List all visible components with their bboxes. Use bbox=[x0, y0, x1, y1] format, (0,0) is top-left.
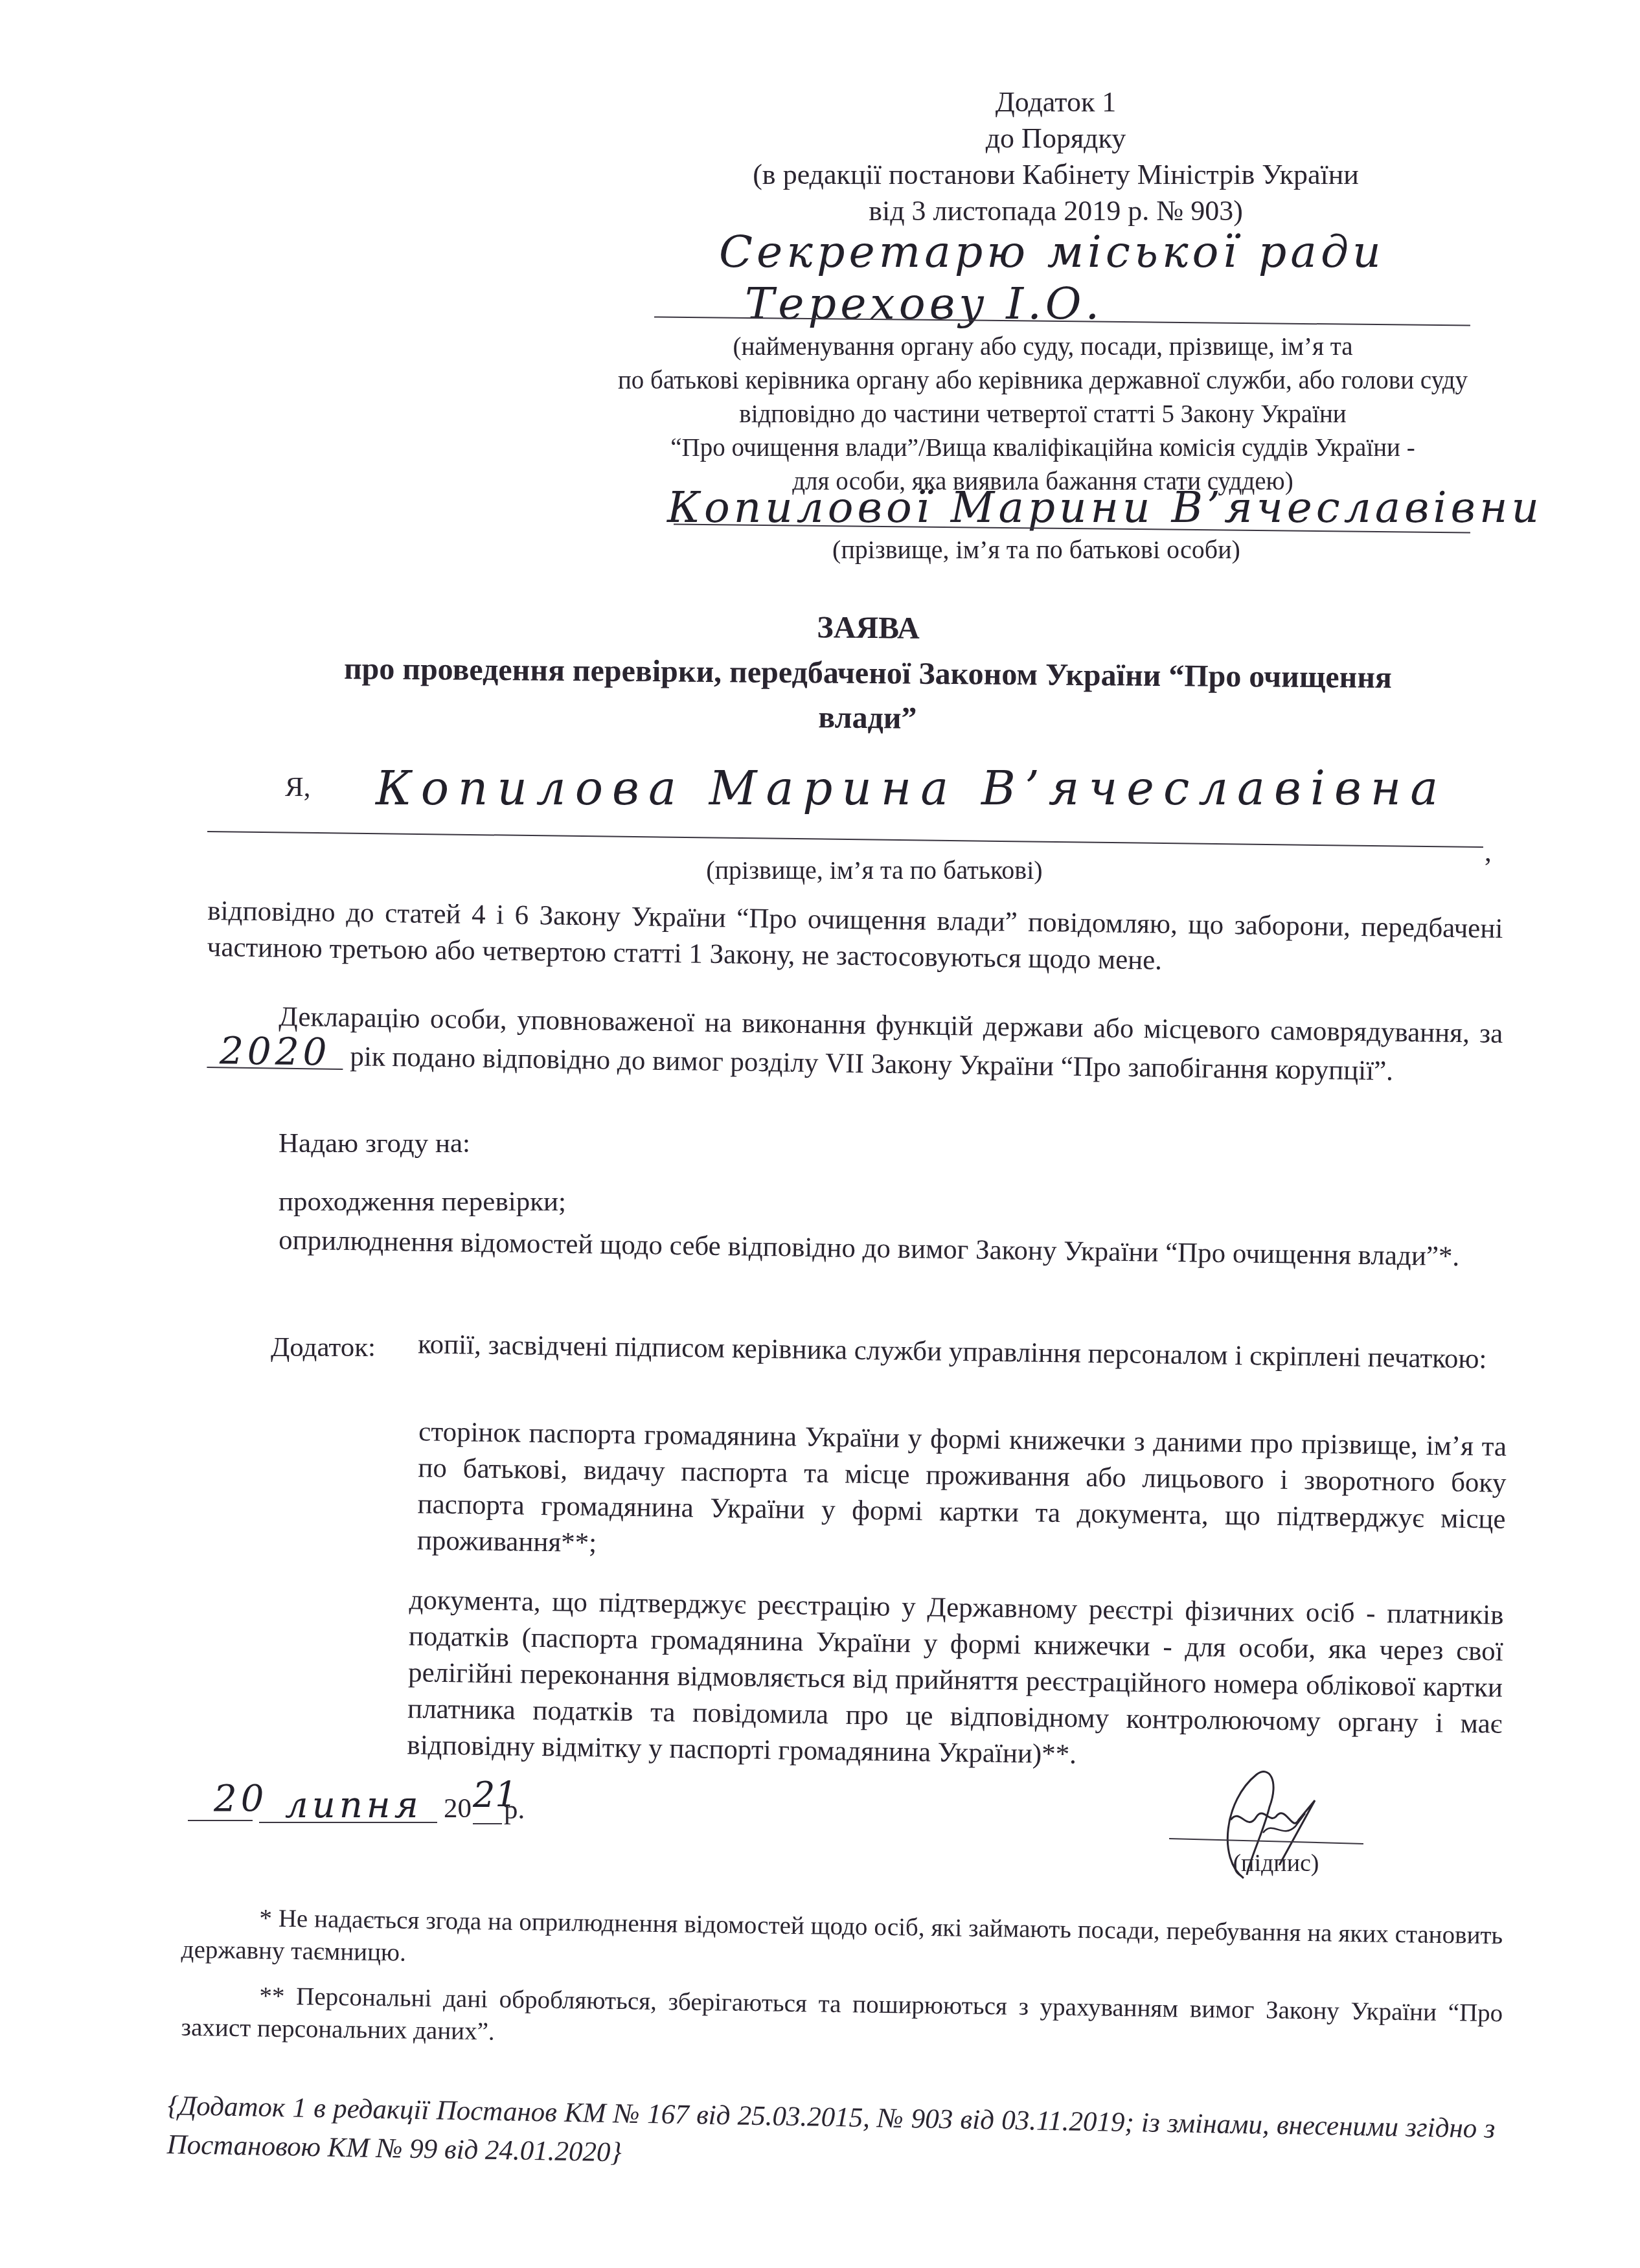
declarant-prefix: Я, bbox=[285, 771, 310, 804]
attachments-label: Додаток: bbox=[271, 1331, 376, 1365]
date-year-unit: р. bbox=[504, 1793, 525, 1827]
consent-item-1: проходження перевірки; bbox=[279, 1185, 566, 1219]
sender-caption: (прізвище, ім’я та по батькові особи) bbox=[745, 534, 1328, 565]
date-year-prefix: 20 bbox=[444, 1792, 472, 1826]
appendix-header: Додаток 1 до Порядку (в редакції постано… bbox=[700, 84, 1412, 229]
document-page: Додаток 1 до Порядку (в редакції постано… bbox=[0, 0, 1640, 2268]
date-line: 20 липня 20 21 р. bbox=[188, 1778, 589, 1830]
declarant-handwritten-name: Копилова Марина В’ячеславівна bbox=[376, 761, 1447, 815]
signature-caption: (підпис) bbox=[1211, 1849, 1341, 1877]
consent-item-2: оприлюднення відомостей щодо себе відпов… bbox=[207, 1221, 1503, 1276]
addressee-handwritten-line-2: Терехову І.О. bbox=[745, 278, 1103, 330]
declaration-paragraph: Декларацію особи, уповноваженої на викон… bbox=[207, 998, 1503, 1091]
header-line-2: до Порядку bbox=[700, 120, 1412, 157]
attachment-item-2: документа, що підтверджує реєстрацію у Д… bbox=[407, 1582, 1504, 1779]
document-title: ЗАЯВА про проведення перевірки, передбач… bbox=[194, 600, 1542, 747]
consent-intro: Надаю згоду на: bbox=[279, 1127, 470, 1161]
signature-block: (підпис) bbox=[1166, 1762, 1373, 1885]
amendment-note: {Додаток 1 в редакції Постанов КМ № 167 … bbox=[166, 2087, 1496, 2188]
date-day: 20 bbox=[214, 1778, 268, 1820]
header-line-4: від 3 листопада 2019 р. № 903) bbox=[700, 193, 1412, 229]
statement-paragraph: відповідно до статей 4 і 6 Закону Україн… bbox=[207, 893, 1503, 984]
declaration-year-field: 2020 bbox=[207, 1034, 343, 1070]
addressee-caption: (найменування органу або суду, посади, п… bbox=[583, 330, 1503, 499]
header-line-1: Додаток 1 bbox=[700, 84, 1412, 120]
header-line-3: (в редакції постанови Кабінету Міністрів… bbox=[700, 157, 1412, 193]
declarant-underline bbox=[207, 831, 1483, 848]
footnote-2: ** Персональні дані обробляються, зберіг… bbox=[181, 1979, 1503, 2062]
declarant-caption: (прізвище, ім’я та по батькові) bbox=[648, 855, 1101, 885]
footnote-1: * Не надається згода на оприлюднення від… bbox=[181, 1901, 1503, 1984]
declarant-trailing-comma: , bbox=[1485, 835, 1492, 869]
attachments-intro: копії, засвідчені підписом керівника слу… bbox=[418, 1326, 1507, 1378]
addressee-handwritten-line-1: Секретарю міської ради bbox=[719, 227, 1385, 278]
attachment-item-1: сторінок паспорта громадянина України у … bbox=[417, 1414, 1507, 1574]
date-month: липня bbox=[285, 1784, 422, 1826]
